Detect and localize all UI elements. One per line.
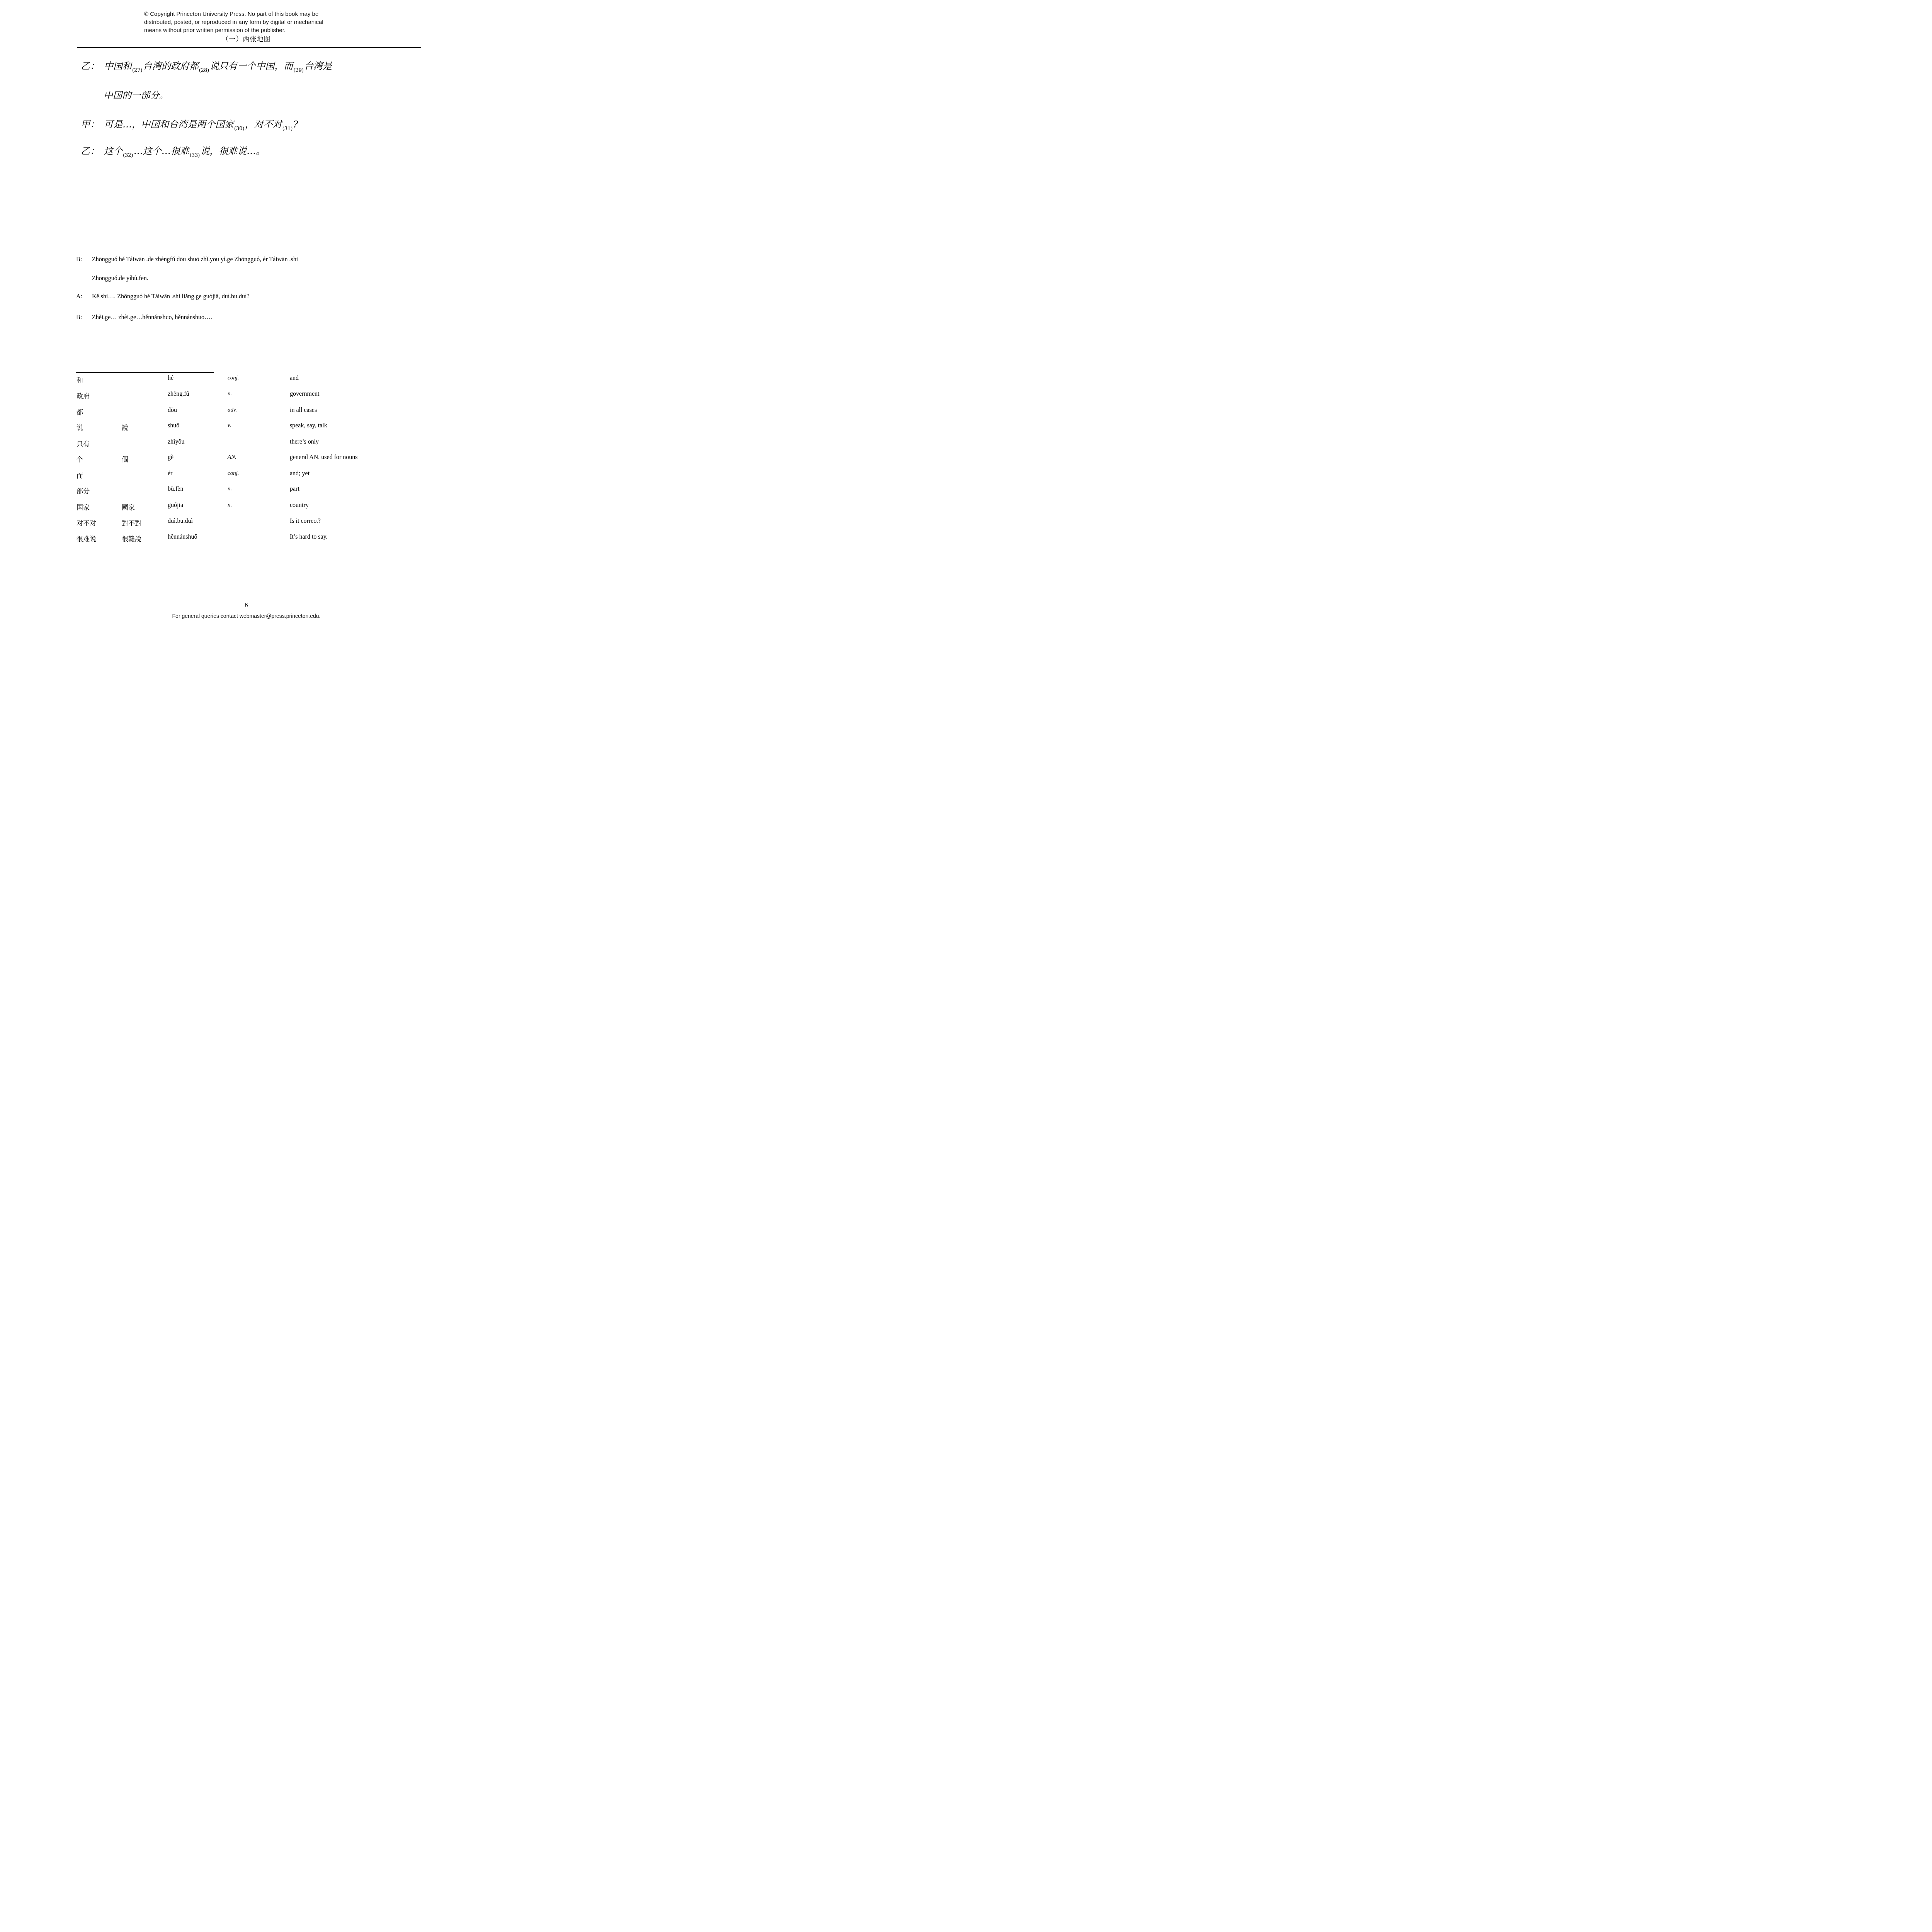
vocab-pinyin: dōu xyxy=(168,407,177,414)
footer-contact: For general queries contact webmaster@pr… xyxy=(0,613,493,619)
vocab-pos: n. xyxy=(228,391,232,397)
vocab-pinyin: guójiā xyxy=(168,502,183,509)
vocab-pinyin: gè xyxy=(168,454,173,461)
vocab-pinyin: zhèng.fǔ xyxy=(168,391,189,398)
vocab-simplified: 部分 xyxy=(77,486,90,495)
vocab-traditional: 對不對 xyxy=(122,518,141,527)
speaker-label: 乙： xyxy=(81,61,99,71)
subscript-number: (29) xyxy=(293,68,304,73)
vocab-pinyin: hé xyxy=(168,375,173,382)
subscript-number: (30) xyxy=(234,126,245,132)
speaker-label: 乙： xyxy=(81,146,99,156)
pinyin-line-b1-cont: Zhōngguó.de yíbù.fen. xyxy=(92,275,148,282)
vocab-pinyin: ér xyxy=(168,470,172,477)
vocab-english: Is it correct? xyxy=(290,518,321,525)
vocab-english: there’s only xyxy=(290,439,319,446)
pinyin-text: Zhōngguó.de yíbù.fen. xyxy=(92,275,148,282)
speaker-label: A: xyxy=(76,293,92,300)
dialogue-text: 说只有一个中国，而 xyxy=(209,61,293,71)
vocab-english: speak, say, talk xyxy=(290,422,327,429)
vocab-pinyin: bù.fèn xyxy=(168,486,183,493)
pinyin-line-b2: B:Zhèi.ge… zhèi.ge…hěnnánshuō, hěnnánshu… xyxy=(76,314,212,321)
vocab-simplified: 而 xyxy=(77,470,83,480)
page-header-title: （一）两张地图 xyxy=(0,34,493,43)
vocab-english: part xyxy=(290,486,299,493)
vocab-pos: conj. xyxy=(228,375,239,381)
vocab-english: and xyxy=(290,375,299,382)
vocab-row: 很难说很難說hěnnánshuōIt’s hard to say. xyxy=(0,534,493,541)
vocab-pos: v. xyxy=(228,422,231,429)
vocab-pos: conj. xyxy=(228,470,239,477)
vocab-english: government xyxy=(290,391,319,398)
vocab-pinyin: duì.bu.duì xyxy=(168,518,193,525)
vocab-pinyin: shuō xyxy=(168,422,179,429)
vocab-simplified: 个 xyxy=(77,454,83,464)
vocab-pos: adv. xyxy=(228,407,237,413)
dialogue-text: …这个…很难 xyxy=(134,146,189,156)
vocab-traditional: 很難說 xyxy=(122,534,141,543)
pinyin-text: Kě.shi…, Zhōngguó hé Táiwān .shi liǎng.g… xyxy=(92,293,250,300)
dialogue-text: ? xyxy=(293,119,298,130)
vocab-english: It’s hard to say. xyxy=(290,534,328,541)
document-page: © Copyright Princeton University Press. … xyxy=(0,0,493,638)
subscript-number: (31) xyxy=(282,126,293,132)
page-number: 6 xyxy=(0,602,493,609)
vocab-row: 都dōuadv.in all cases xyxy=(0,407,493,415)
copyright-line-2: distributed, posted, or reproduced in an… xyxy=(144,18,323,26)
subscript-number: (33) xyxy=(190,153,200,158)
dialogue-text: 台湾的政府都 xyxy=(143,61,199,71)
dialogue-text: 说，很难说…。 xyxy=(200,146,265,156)
vocab-pos: n. xyxy=(228,486,232,492)
vocab-pos: AN. xyxy=(228,454,236,461)
speaker-label: 甲： xyxy=(81,119,99,130)
vocab-english: and; yet xyxy=(290,470,310,477)
dialogue-text: 这个 xyxy=(104,146,122,156)
subscript-number: (28) xyxy=(199,68,209,73)
vocab-english: in all cases xyxy=(290,407,317,414)
dialogue-text: ，对不对 xyxy=(245,119,282,130)
vocab-simplified: 说 xyxy=(77,422,83,432)
vocab-simplified: 国家 xyxy=(77,502,90,512)
dialogue-line-cn-1-cont: 中国的一部分。 xyxy=(104,90,168,101)
pinyin-text: Zhèi.ge… zhèi.ge…hěnnánshuō, hěnnánshuō…… xyxy=(92,314,212,321)
copyright-line-3: means without prior written permission o… xyxy=(144,26,323,34)
vocab-row: 国家國家guójiān.country xyxy=(0,502,493,510)
dialogue-line-cn-3: 乙：这个(32)…这个…很难(33)说，很难说…。 xyxy=(81,146,265,161)
vocab-rule xyxy=(76,372,214,373)
vocab-simplified: 和 xyxy=(77,375,83,384)
copyright-line-1: © Copyright Princeton University Press. … xyxy=(144,10,323,18)
vocab-simplified: 对不对 xyxy=(77,518,96,527)
vocab-pinyin: zhǐyǒu xyxy=(168,439,185,446)
vocab-row: 只有zhǐyǒuthere’s only xyxy=(0,439,493,446)
vocab-simplified: 很难说 xyxy=(77,534,96,543)
vocab-row: 个個gèAN.general AN. used for nouns xyxy=(0,454,493,462)
dialogue-text: 可是…，中国和台湾是两个国家 xyxy=(104,119,234,130)
header-rule xyxy=(77,47,421,48)
dialogue-line-cn-2: 甲：可是…，中国和台湾是两个国家(30)，对不对(31)? xyxy=(81,119,298,134)
vocab-pinyin: hěnnánshuō xyxy=(168,534,197,541)
vocab-traditional: 說 xyxy=(122,422,128,432)
pinyin-text: Zhōngguó hé Táiwān .de zhèngfǔ dōu shuō … xyxy=(92,256,298,263)
vocab-english: country xyxy=(290,502,309,509)
vocab-english: general AN. used for nouns xyxy=(290,454,358,461)
vocab-row: 政府zhèng.fǔn.government xyxy=(0,391,493,398)
dialogue-line-cn-1: 乙：中国和(27)台湾的政府都(28)说只有一个中国，而(29)台湾是 xyxy=(81,61,332,76)
dialogue-text: 中国的一部分。 xyxy=(104,90,168,101)
vocab-row: 对不对對不對duì.bu.duìIs it correct? xyxy=(0,518,493,526)
vocab-simplified: 只有 xyxy=(77,439,90,448)
vocab-simplified: 都 xyxy=(77,407,83,417)
subscript-number: (32) xyxy=(123,153,133,158)
vocab-traditional: 國家 xyxy=(122,502,135,512)
dialogue-text: 中国和 xyxy=(104,61,132,71)
speaker-label: B: xyxy=(76,256,92,263)
vocab-row: 部分bù.fènn.part xyxy=(0,486,493,493)
pinyin-line-b1: B:Zhōngguó hé Táiwān .de zhèngfǔ dōu shu… xyxy=(76,256,298,263)
dialogue-text: 台湾是 xyxy=(304,61,332,71)
vocab-row: 而érconj.and; yet xyxy=(0,470,493,478)
vocab-pos: n. xyxy=(228,502,232,509)
copyright-notice: © Copyright Princeton University Press. … xyxy=(144,10,323,34)
pinyin-line-a: A:Kě.shi…, Zhōngguó hé Táiwān .shi liǎng… xyxy=(76,293,250,300)
speaker-label: B: xyxy=(76,314,92,321)
vocab-row: 和héconj.and xyxy=(0,375,493,383)
vocab-row: 说說shuōv.speak, say, talk xyxy=(0,422,493,430)
vocab-simplified: 政府 xyxy=(77,391,90,400)
subscript-number: (27) xyxy=(132,68,143,73)
vocab-traditional: 個 xyxy=(122,454,128,464)
